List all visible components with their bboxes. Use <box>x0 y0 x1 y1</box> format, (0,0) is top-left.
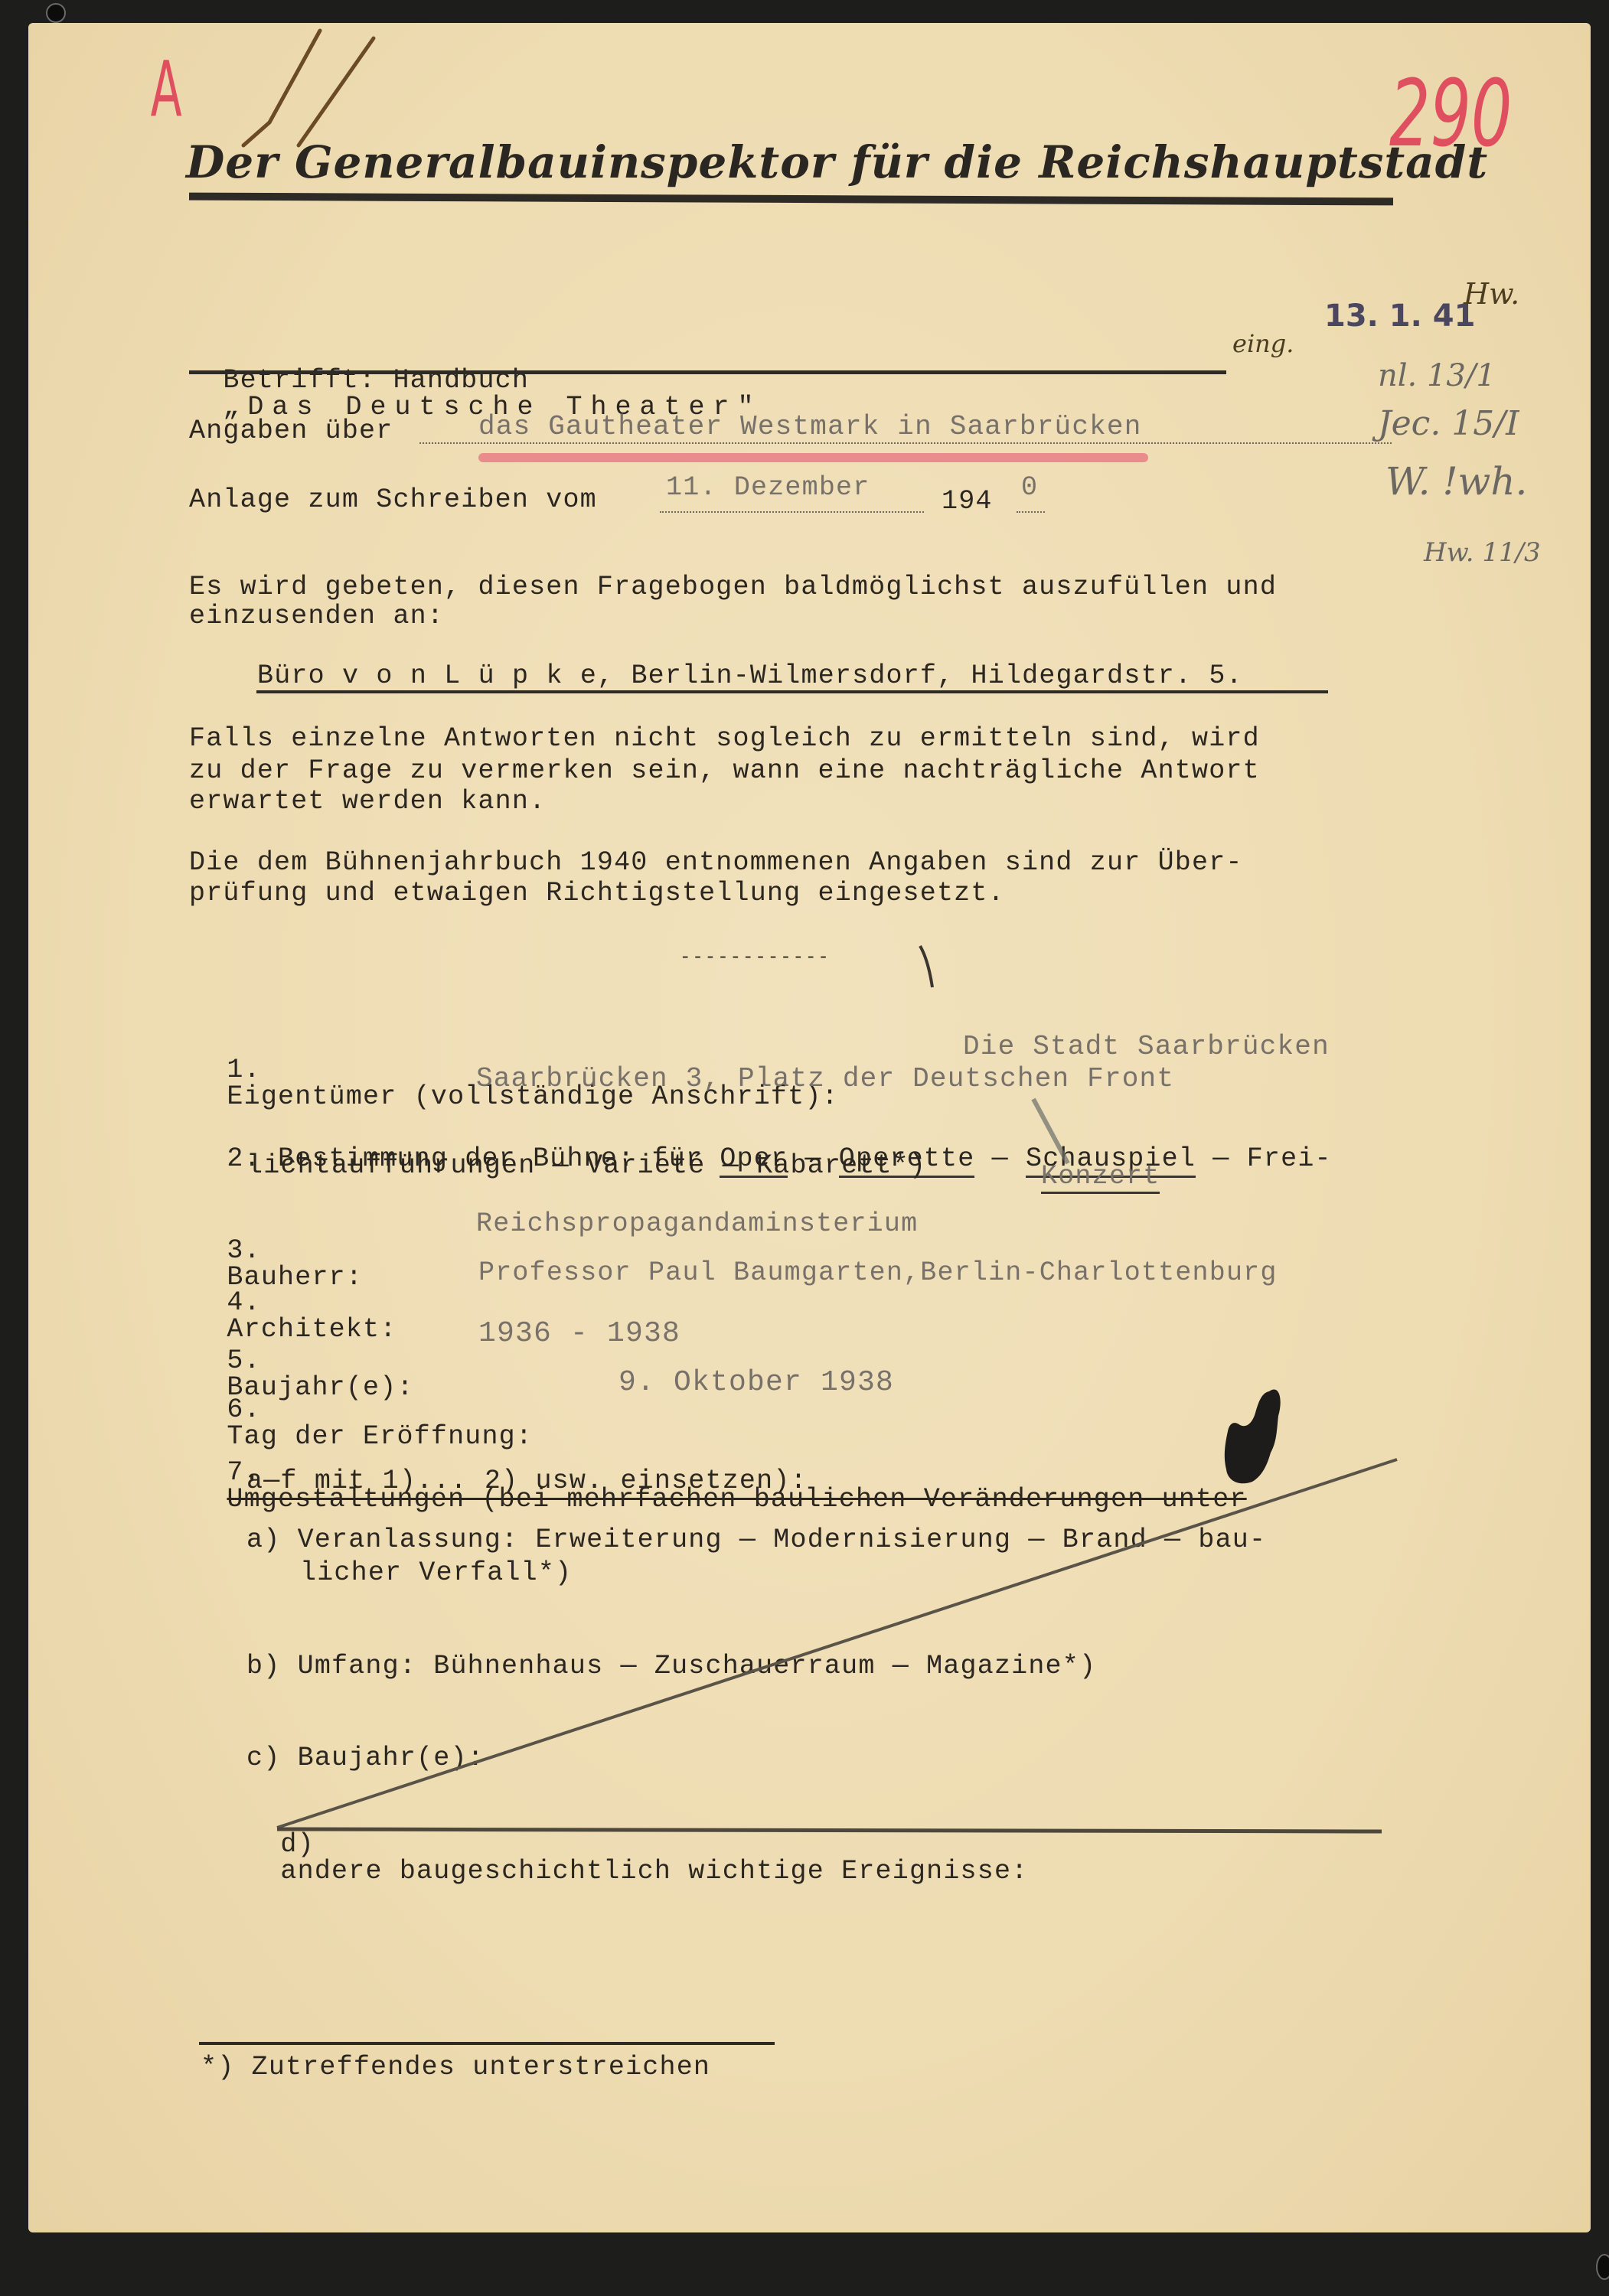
footnote-text: *) Zutreffendes unterstreichen <box>201 2054 710 2081</box>
cross-out-baseline <box>277 1829 1382 1831</box>
footnote-rule <box>199 2042 775 2045</box>
pencil-stroke <box>1033 1099 1068 1163</box>
cross-out-line <box>277 1459 1397 1828</box>
ink-blot <box>1225 1390 1281 1484</box>
handwritten-marks-overlay <box>0 0 1609 2296</box>
top-pen-strokes <box>243 31 374 145</box>
separator-tick <box>920 946 932 987</box>
